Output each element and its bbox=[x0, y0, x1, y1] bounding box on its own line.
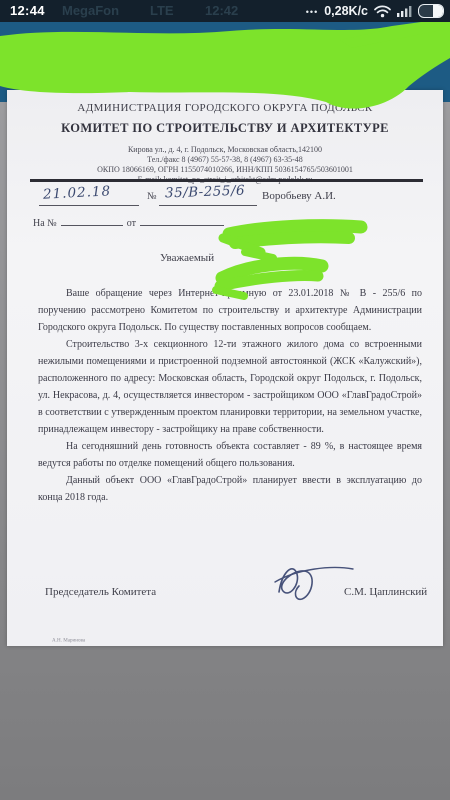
paragraph-3: На сегодняшний день готовность объекта с… bbox=[38, 438, 422, 472]
redaction-scribble-name bbox=[210, 238, 335, 304]
paragraph-2: Строительство 3-х секционного 12-ти этаж… bbox=[38, 336, 422, 438]
network-ghost-label: LTE bbox=[150, 3, 174, 18]
carrier-ghost-label: MegaFon bbox=[62, 3, 119, 18]
more-dots-icon: ••• bbox=[306, 7, 318, 17]
signal-bars-icon bbox=[397, 5, 412, 17]
wifi-icon bbox=[374, 5, 391, 18]
data-rate-label: 0,28K/c bbox=[324, 4, 368, 18]
org-name-line2: КОМИТЕТ ПО СТРОИТЕЛЬСТВУ И АРХИТЕКТУРЕ bbox=[7, 121, 443, 136]
paragraph-4: Данный объект ООО «ГлавГрадоСтрой» плани… bbox=[38, 472, 422, 506]
header-divider bbox=[30, 179, 423, 182]
status-bar: 12:44 MegaFon LTE 12:42 ••• 0,28K/c bbox=[0, 0, 450, 22]
phone-screen: 12:44 MegaFon LTE 12:42 ••• 0,28K/c bbox=[0, 0, 450, 800]
signer-position: Председатель Комитета bbox=[45, 586, 156, 598]
ref-ot-label: от bbox=[127, 218, 136, 229]
executor-note: А.Н. Маринова bbox=[52, 638, 85, 643]
signature-icon bbox=[269, 552, 359, 608]
clock: 12:44 bbox=[10, 3, 45, 18]
handwritten-number: 35/В-255/6 bbox=[165, 183, 246, 202]
number-sign: № bbox=[147, 191, 157, 202]
salutation: Уважаемый bbox=[160, 252, 214, 264]
photo-background: АДМИНИСТРАЦИЯ ГОРОДСКОГО ОКРУГА ПОДОЛЬСК… bbox=[0, 22, 450, 800]
org-codes: ОКПО 18066169, ОГРН 1155074010266, ИНН/К… bbox=[7, 165, 443, 175]
redaction-blob-top bbox=[0, 14, 450, 116]
clock-ghost: 12:42 bbox=[205, 3, 238, 18]
document-page: АДМИНИСТРАЦИЯ ГОРОДСКОГО ОКРУГА ПОДОЛЬСК… bbox=[7, 90, 443, 646]
signer-name: С.М. Цаплинский bbox=[344, 586, 427, 598]
signature-row: Председатель Комитета С.М. Цаплинский bbox=[7, 566, 443, 626]
letter-body: Ваше обращение через Интернет-приемную о… bbox=[38, 285, 422, 506]
org-phones: Тел./факс 8 (4967) 55-57-38, 8 (4967) 63… bbox=[7, 155, 443, 165]
ref-na-label: На № bbox=[33, 218, 57, 229]
battery-icon bbox=[418, 4, 444, 18]
date-underline bbox=[39, 205, 139, 206]
status-icons: ••• 0,28K/c bbox=[306, 0, 444, 22]
org-address: Кирова ул., д. 4, г. Подольск, Московска… bbox=[7, 145, 443, 155]
handwritten-date: 21.02.18 bbox=[43, 183, 112, 203]
reference-line: На №от bbox=[33, 218, 224, 229]
